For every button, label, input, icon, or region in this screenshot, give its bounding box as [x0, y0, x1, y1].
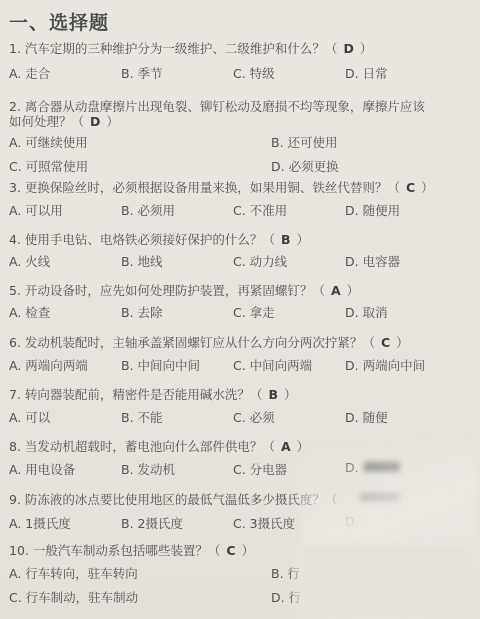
question-10: 10. 一般汽车制动系包括哪些装置？（C）	[9, 541, 254, 559]
answer-letter: A	[331, 283, 341, 298]
question-5: 5. 开动设备时，应先如何处理防护装置，再紧固螺钉？（A）	[9, 281, 359, 299]
option-d: D. 取消	[345, 303, 388, 321]
question-number: 6.	[9, 335, 21, 350]
answer-letter: D	[90, 114, 100, 129]
option-d: D. 日常	[345, 64, 388, 82]
question-4: 4. 使用手电钻、电烙铁必须接好保护的什么？（B）	[9, 230, 309, 248]
question-9: 9. 防冻液的冰点要比使用地区的最低气温低多少摄氏度？（	[9, 490, 337, 508]
option-d: D. 两端向中间	[345, 356, 425, 374]
question-text: 转向器装配前，精密件是否能用碱水洗？	[25, 387, 250, 402]
option-b: B. 不能	[121, 408, 163, 426]
exam-page: 一、选择题 1. 汽车定期的三种维护分为一级维护、二级维护和什么？（D） A. …	[0, 0, 480, 619]
section-title: 一、选择题	[9, 8, 109, 35]
option-a: A. 可继续使用	[9, 133, 88, 151]
question-text: 如何处理？	[9, 114, 72, 129]
option-a: A. 两端向两端	[9, 356, 88, 374]
question-text: 一般汽车制动系包括哪些装置？	[33, 543, 208, 558]
option-b: B. 去除	[121, 303, 163, 321]
answer-letter: C	[226, 543, 235, 558]
option-a: A. 用电设备	[9, 460, 75, 478]
question-3: 3. 更换保险丝时，必须根据设备用量来换，如果用铜、铁丝代替则？（C）	[9, 178, 434, 196]
option-d: D. 电容器	[345, 252, 400, 270]
answer-letter: C	[381, 335, 390, 350]
question-2-line2: 如何处理？（D）	[9, 112, 119, 130]
question-number: 9.	[9, 492, 21, 507]
option-c: C. 行车制动，驻车制动	[9, 588, 138, 606]
option-d: D. 行	[271, 588, 301, 606]
question-8: 8. 当发动机超载时，蓄电池向什么部件供电？（A）	[9, 437, 309, 455]
question-text: 使用手电钻、电烙铁必须接好保护的什么？	[25, 232, 263, 247]
option-c: C. 特级	[233, 64, 275, 82]
option-c: C. 可照常使用	[9, 157, 88, 175]
question-text: 防冻液的冰点要比使用地区的最低气温低多少摄氏度？	[25, 492, 325, 507]
question-number: 4.	[9, 232, 21, 247]
option-a: A. 可以用	[9, 201, 63, 219]
option-b: B. 行	[271, 564, 300, 582]
option-a: A. 检查	[9, 303, 50, 321]
answer-letter: B	[281, 232, 291, 247]
question-1: 1. 汽车定期的三种维护分为一级维护、二级维护和什么？（D）	[9, 39, 372, 57]
option-a: A. 火线	[9, 252, 50, 270]
option-c: C. 分电器	[233, 460, 287, 478]
option-a: A. 1摄氏度	[9, 514, 71, 532]
answer-letter: A	[281, 439, 291, 454]
option-c: C. 必须	[233, 408, 275, 426]
question-number: 5.	[9, 283, 21, 298]
answer-letter: B	[268, 387, 278, 402]
question-7: 7. 转向器装配前，精密件是否能用碱水洗？（B）	[9, 385, 297, 403]
question-number: 3.	[9, 180, 21, 195]
option-c: C. 拿走	[233, 303, 275, 321]
question-text: 更换保险丝时，必须根据设备用量来换，如果用铜、铁丝代替则？	[25, 180, 388, 195]
option-b: B. 发动机	[121, 460, 175, 478]
option-d: D. 必须更换	[271, 157, 339, 175]
question-number: 8.	[9, 439, 21, 454]
answer-letter: D	[343, 41, 353, 56]
option-b: B. 地线	[121, 252, 163, 270]
question-number: 7.	[9, 387, 21, 402]
answer-letter: C	[406, 180, 415, 195]
option-b: B. 中间向中间	[121, 356, 200, 374]
question-number: 10.	[9, 543, 29, 558]
option-a: A. 行车转向，驻车转向	[9, 564, 138, 582]
option-b: B. 必须用	[121, 201, 175, 219]
option-c: C. 中间向两端	[233, 356, 312, 374]
option-b: B. 2摄氏度	[121, 514, 183, 532]
photo-glare	[300, 545, 480, 619]
option-d: D. 随便	[345, 408, 388, 426]
option-d: D. 随便用	[345, 201, 400, 219]
option-b: B. 季节	[121, 64, 163, 82]
question-text: 开动设备时，应先如何处理防护装置，再紧固螺钉？	[25, 283, 313, 298]
option-a: A. 走合	[9, 64, 50, 82]
option-c: C. 动力线	[233, 252, 287, 270]
question-text: 发动机装配时，主轴承盖紧固螺钉应从什么方向分两次拧紧？	[25, 335, 363, 350]
question-number: 1.	[9, 41, 21, 56]
option-c: C. 不准用	[233, 201, 287, 219]
question-6: 6. 发动机装配时，主轴承盖紧固螺钉应从什么方向分两次拧紧？（C）	[9, 333, 409, 351]
question-text: 汽车定期的三种维护分为一级维护、二级维护和什么？	[25, 41, 325, 56]
option-a: A. 可以	[9, 408, 50, 426]
option-b: B. 还可使用	[271, 133, 338, 151]
option-c: C. 3摄氏度	[233, 514, 295, 532]
question-text: 当发动机超载时，蓄电池向什么部件供电？	[25, 439, 263, 454]
